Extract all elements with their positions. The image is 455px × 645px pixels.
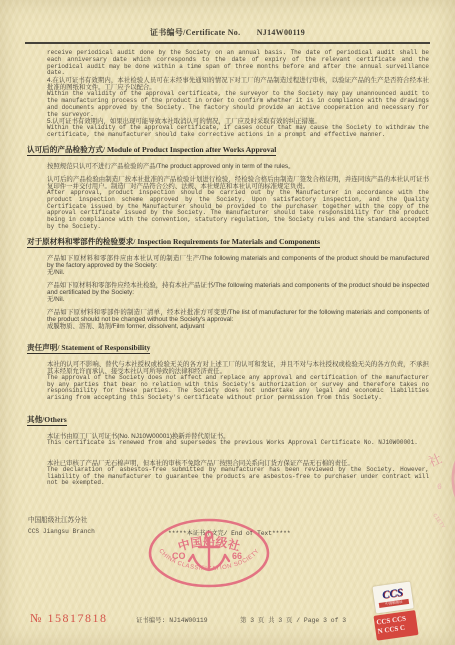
materials-1-value: 无/Nil. [47,269,429,276]
paragraph-module-cn: 认可后的产品检验由制造厂按本社批准的产品检验计划进行检验，经检验合格后由制造厂签… [47,176,429,190]
paragraph-materials-3: 产品如下原材料和零部件的制造厂清单，经本社批准方可变更/The list of … [47,309,429,323]
materials-inspected-block: 产品如下原材料和零部件应经本社检验，持有本社产品证书/The following… [47,282,429,303]
ccs-oval-seal-stamp: 中国船级社 CHINA CLASSIFICATION SOCIETY CO 66 [146,517,272,594]
certificate-header: 证书编号/Certificate No. NJ14W00119 [0,27,455,38]
materials-manufactured-block: 产品如下原材料和零部件应由本社认可的制造厂生产/The following ma… [47,255,429,276]
paragraph-item4-cn: 4.在认可证书有效期内，本社检验人员可在未经事先通知的情况下对工厂的产品制造过程… [47,77,429,91]
side-stamp-num: 6 [437,483,442,492]
paragraph-item4-en: Within the validity of the approval cert… [47,91,429,118]
paragraph-materials-1: 产品如下原材料和零部件应由本社认可的制造厂生产/The following ma… [47,255,429,269]
section-title-module-of-inspection: 认可后的产品检验方式/ Module of Product Inspection… [27,145,276,156]
side-stamp-char: 社 [426,451,444,470]
materials-2-value: 无/Nil. [47,296,429,303]
materials-list-block: 产品如下原材料和零部件的制造厂清单，经本社批准方可变更/The list of … [47,309,429,330]
section-title-inspection-requirements: 对于原材料和零部件的检验要求/ Inspection Requirements … [27,237,320,248]
section-title-statement-of-responsibility: 责任声明/ Statement of Responsibility [27,343,150,354]
stamp-right-code: 66 [232,551,242,561]
ccs-side-seal-stamp: 社 6 CIETY [399,423,455,540]
certificate-number-value: NJ14W00119 [257,28,305,37]
section-title-others: 其他/Others [27,415,67,426]
footer-page-indicator: 第 3 页 共 3 页 / Page 3 of 3 [240,615,346,624]
paragraph-item5-en: Within the validity of the approval cert… [47,125,429,139]
certificate-page: 证书编号/Certificate No. NJ14W00119 receive … [0,0,455,645]
certificate-body: receive periodical audit done by the Soc… [47,50,429,487]
paragraph-responsibility-cn: 本社的认可不影响、替代与本社授权或检验无关的各方对上述工厂的认可和发证，并且不对… [47,361,429,375]
others-asbestos-block: 本社已审核了产品厂无石棉声明，但本社的审核不免除产品厂按照合同关系向订货方保证产… [47,460,429,487]
ccs-logo: CCS 中国船级社 [372,581,413,613]
paragraph-others-1-en: This certificate is renewed from and sup… [47,440,429,447]
paragraph-module-en: After approval, product inspection shoul… [47,190,429,231]
branch-name-en: CCS Jiangsu Branch [28,528,95,535]
ccs-sticker-pattern: CCS CCS N CCS C [373,610,418,641]
others-renewal-block: 本证书由原工厂认可证书(No. NJ10W00001)换新并替代原证书。 Thi… [47,433,429,447]
side-stamp-arc-text: CIETY [431,512,447,530]
branch-name-cn: 中国船级社江苏分社 [28,514,87,524]
paragraph-intro-continued-en: receive periodical audit done by the Soc… [47,50,429,77]
paragraph-materials-2: 产品如下原材料和零部件应经本社检验，持有本社产品证书/The following… [47,282,429,296]
intro-block: receive periodical audit done by the Soc… [47,50,429,139]
materials-3-value: 成膜物质、溶剂、助剂/Film former, dissolvent, adju… [47,323,429,330]
stamp-left-code: CO [172,551,186,561]
footer-certificate-number: 证书编号: NJ14W00119 [136,615,208,624]
header-rule [25,42,430,44]
module-approval-block: 认可后的产品检验由制造厂按本社批准的产品检验计划进行检验，经检验合格后由制造厂签… [47,176,429,231]
paragraph-module-rules: 按照规范只认可不进行产品检验的产品/The product approved o… [47,163,429,170]
paragraph-responsibility-en: The approval of the Society does not aff… [47,375,429,402]
certificate-number-label: 证书编号/Certificate No. [150,28,240,37]
footer-serial-number: № 15817818 [30,611,107,626]
ccs-hologram-sticker: CCS 中国船级社 CCS CCS N CCS C [369,581,418,640]
responsibility-block: 本社的认可不影响、替代与本社授权或检验无关的各方对上述工厂的认可和发证，并且不对… [47,361,429,402]
paragraph-others-2-en: The declaration of asbestos-free submitt… [47,467,429,487]
